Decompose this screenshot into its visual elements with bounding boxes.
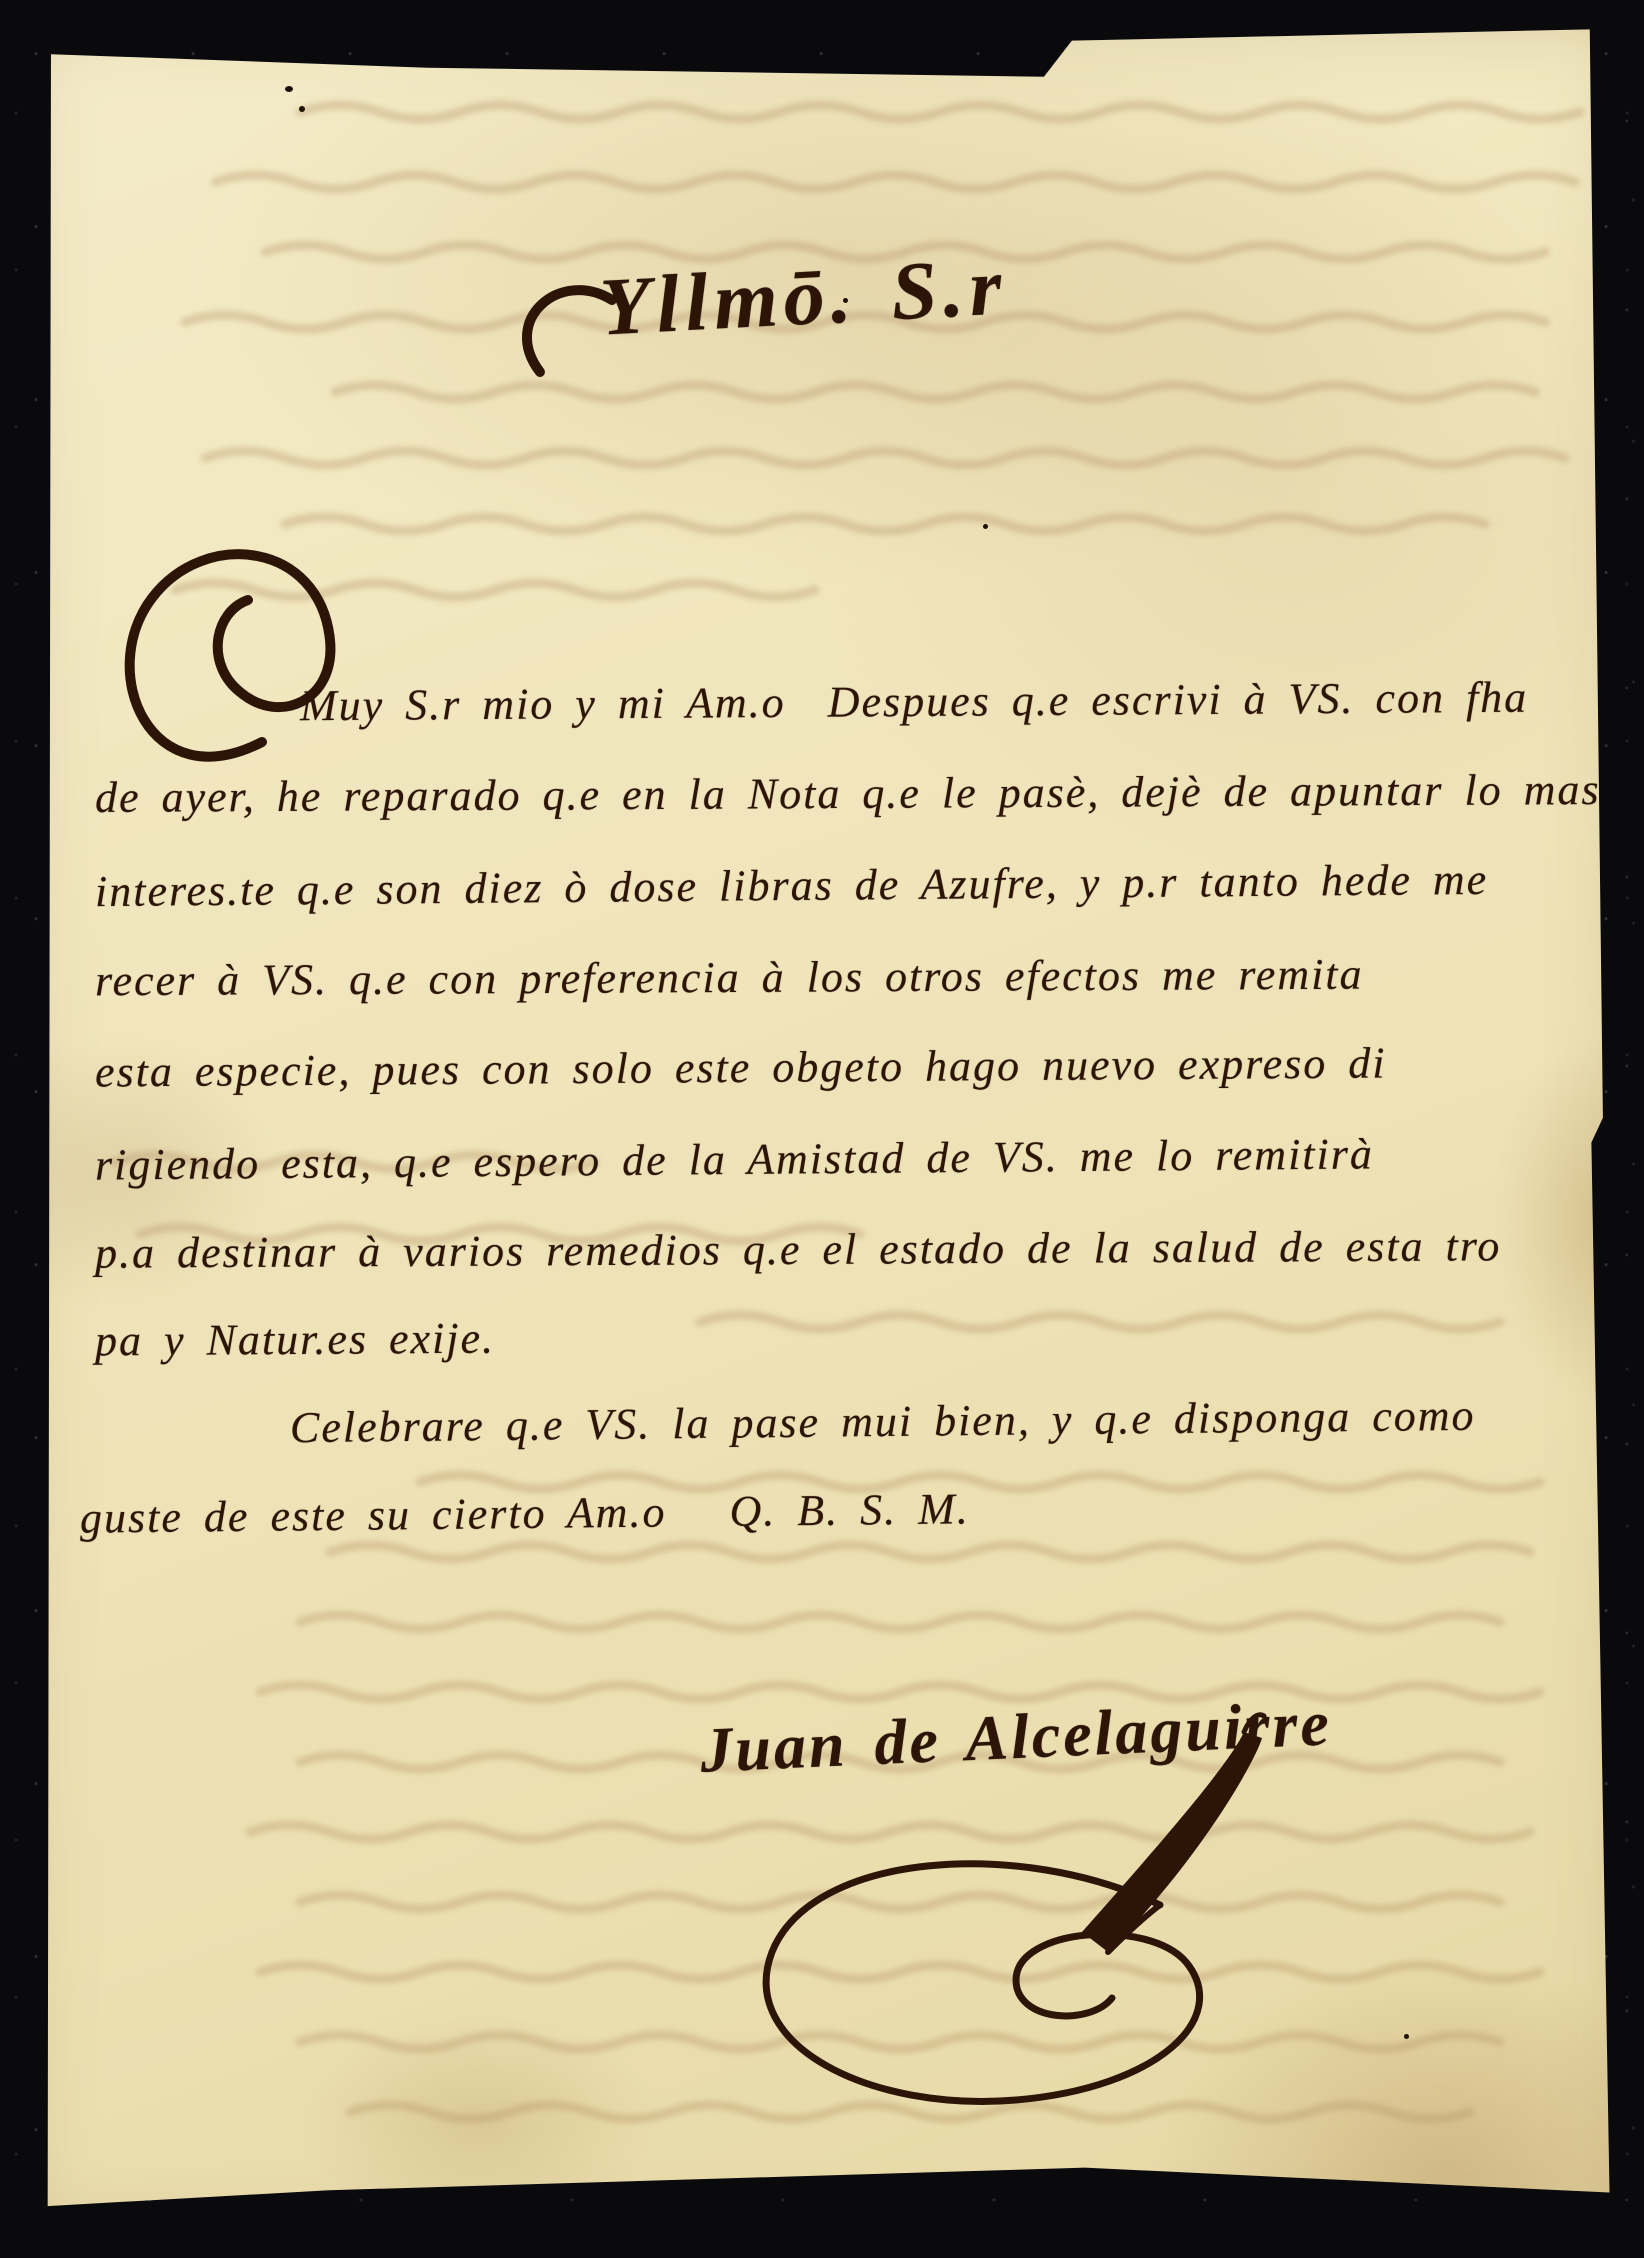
ink-speck: [1404, 2034, 1409, 2039]
letter-line: esta especie, pues con solo este obgeto …: [95, 1037, 1387, 1097]
letter-closing-line: guste de este su cierto Am.o Q. B. S. M.: [80, 1483, 970, 1543]
ink-speck: [299, 106, 305, 112]
letter-line: recer à VS. q.e con preferencia à los ot…: [95, 949, 1364, 1007]
ink-speck: [983, 524, 988, 529]
letter-line: Muy S.r mio y mi Am.o Despues q.e escriv…: [300, 672, 1529, 732]
manuscript-letter: Yllmō. S.r Muy S.r mio y mi Am.o Despues…: [0, 0, 1644, 2258]
letter-line: p.a destinar à varios remedios q.e el es…: [95, 1220, 1502, 1278]
photo-backdrop: Yllmō. S.r Muy S.r mio y mi Am.o Despues…: [0, 0, 1644, 2258]
letter-line: pa y Natur.es exije.: [95, 1313, 495, 1367]
ink-speck: [285, 86, 293, 92]
letter-line: de ayer, he reparado q.e en la Nota q.e …: [95, 764, 1601, 823]
